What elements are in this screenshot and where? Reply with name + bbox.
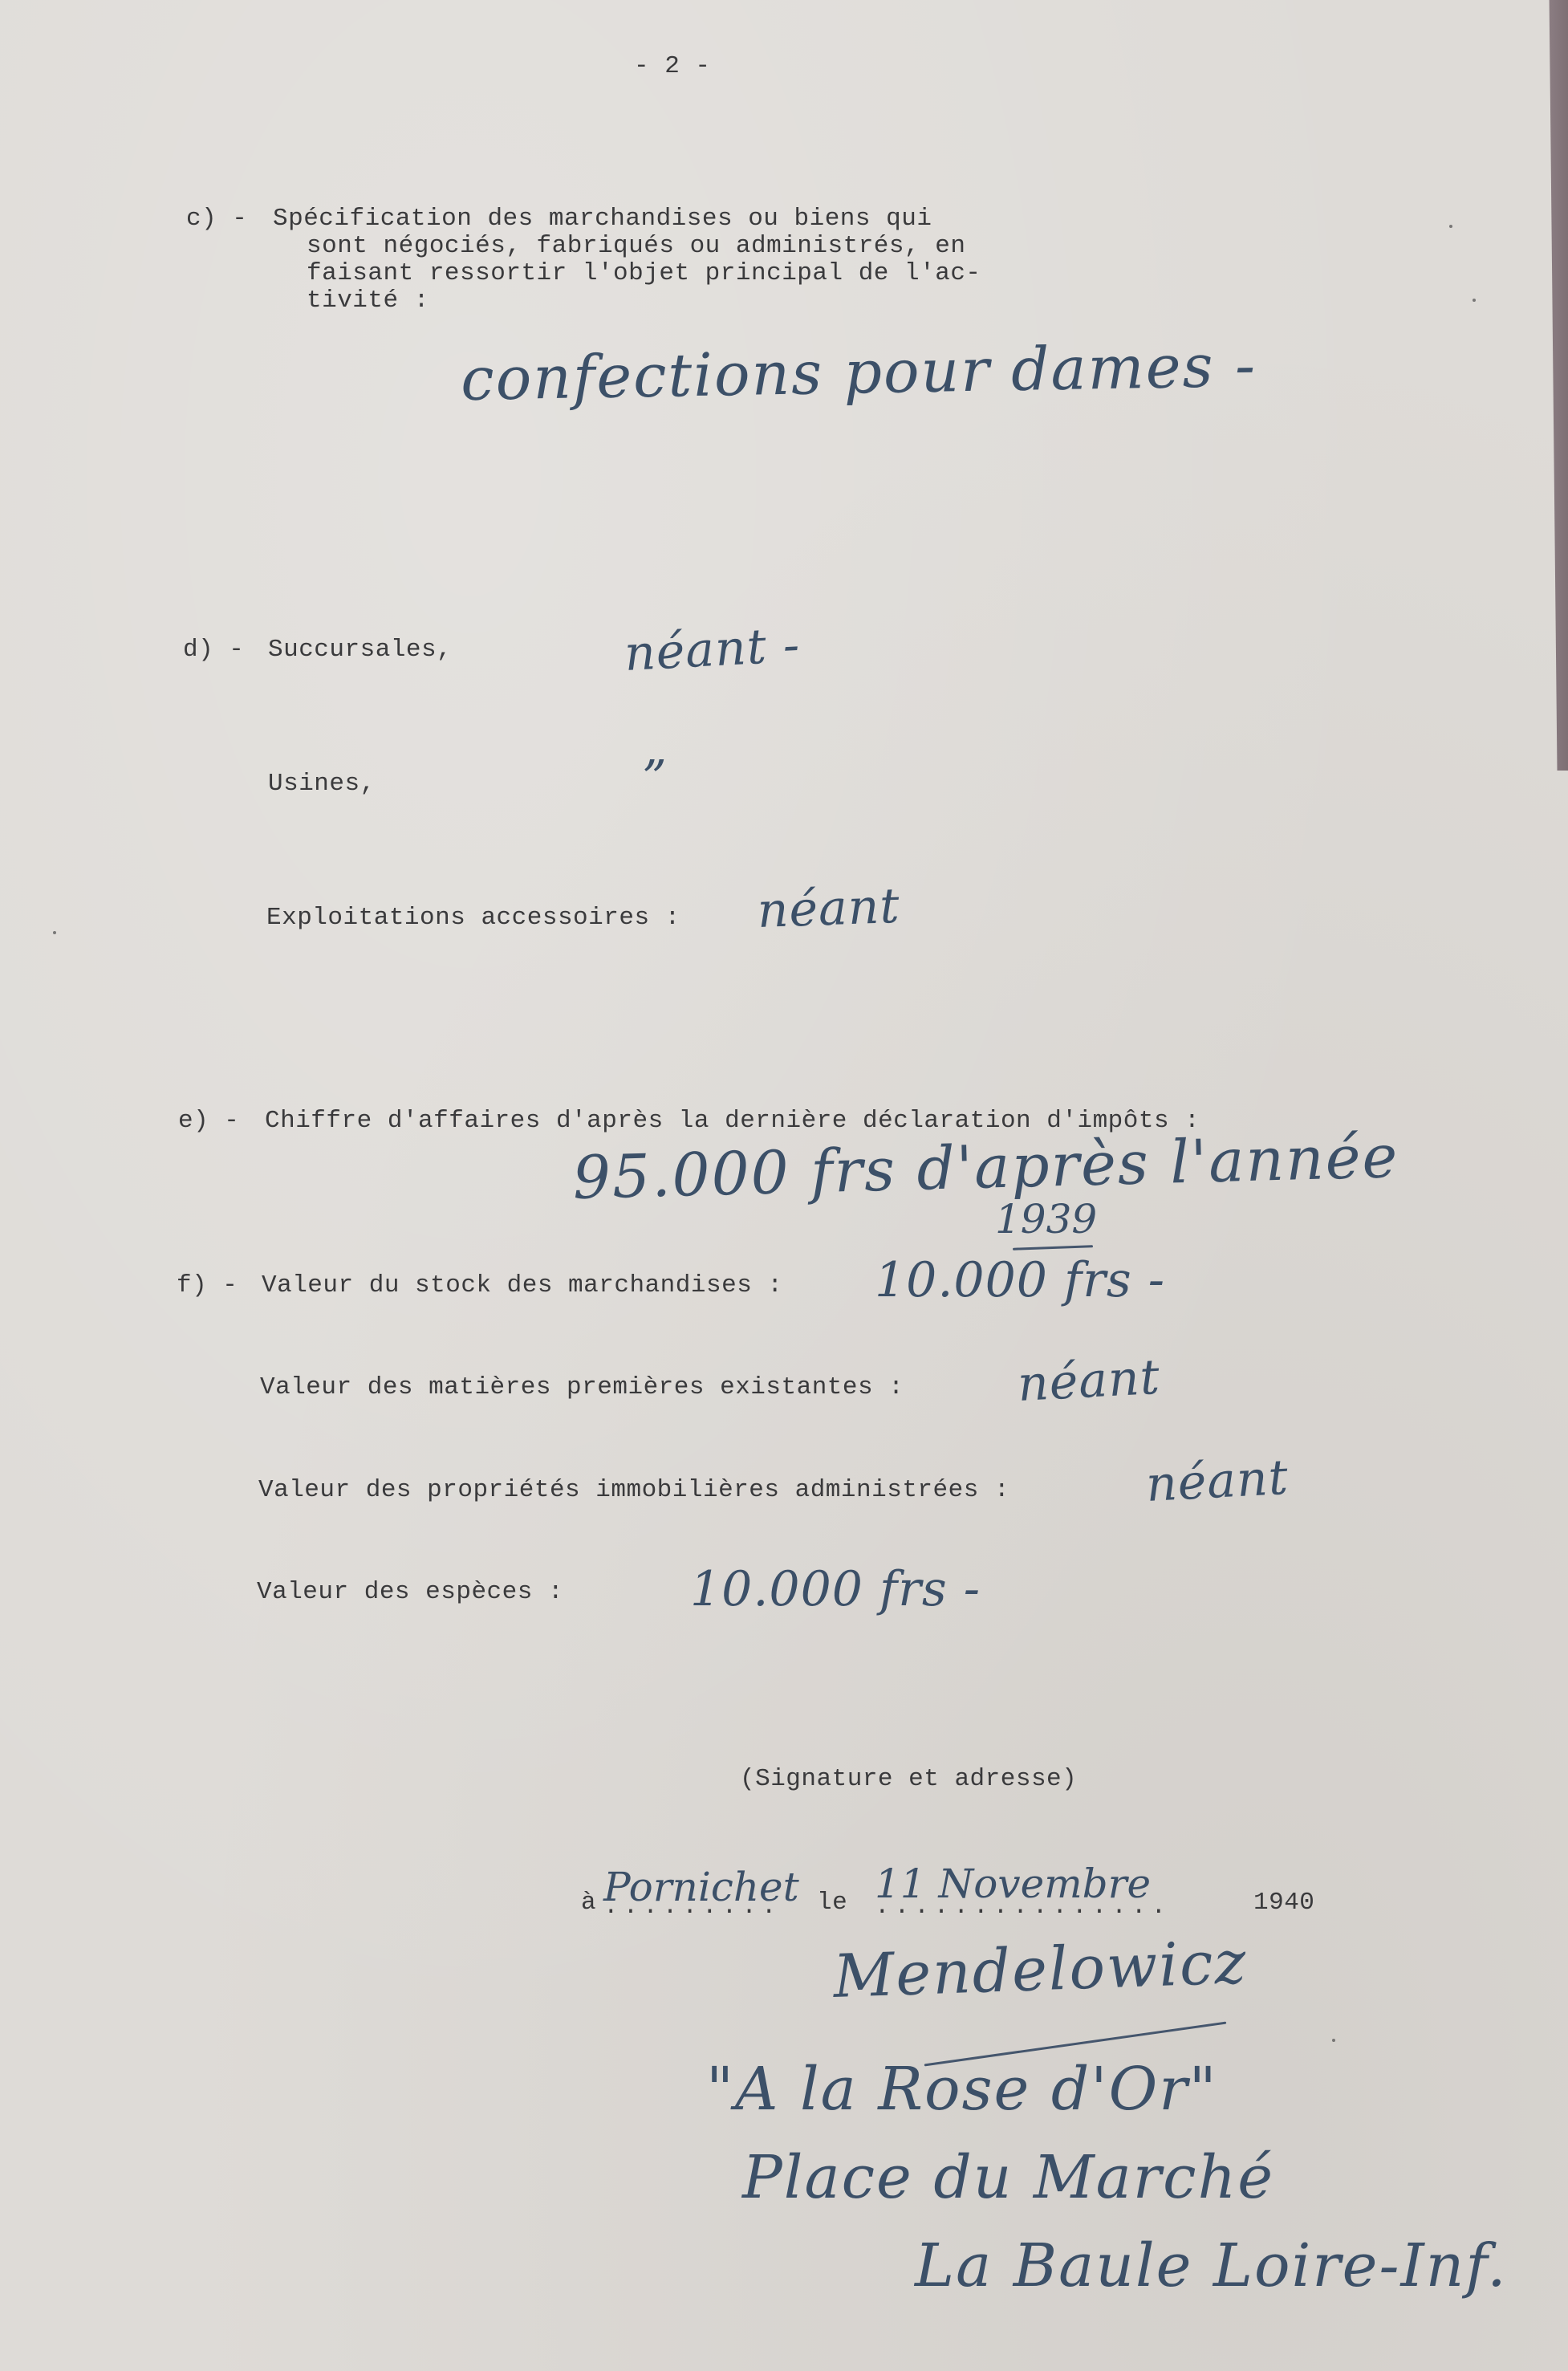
proprietes-label: Valeur des propriétés immobilières admin… [258,1477,1009,1504]
shop-name: "A la Rose d'Or" [706,2055,1218,2124]
section-c-marker: c) - [186,205,247,233]
stock-value: 10.000 frs - [875,1252,1165,1308]
year-underline [1013,1245,1093,1250]
section-e-marker: e) - [178,1108,239,1135]
especes-label: Valeur des espèces : [257,1579,563,1606]
stock-label: Valeur du stock des marchandises : [262,1272,783,1299]
signature-caption: (Signature et adresse) [740,1766,1077,1793]
signature: Mendelowicz [832,1928,1249,2011]
date-value: 11 Novembre [875,1861,1151,1907]
section-c-line-2: sont négociés, fabriqués ou administrés,… [307,233,965,260]
section-c-handwritten-answer: confections pour dames - [460,331,1257,414]
paper-speck [1449,225,1452,228]
paper-speck [53,931,56,934]
paper-speck [1332,2039,1335,2042]
section-c-line-4: tivité : [307,287,429,315]
section-c-line-1: Spécification des marchandises ou biens … [273,205,932,233]
place-prefix: à [581,1889,596,1917]
page-number: - 2 - [634,53,711,80]
date-year: 1940 [1253,1889,1314,1917]
address-line-2: La Baule Loire-Inf. [915,2231,1508,2300]
chiffre-affaires-value: 95.000 frs d'après l'année [572,1122,1400,1213]
address-line-1: Place du Marché [742,2143,1274,2212]
section-c-line-3: faisant ressortir l'objet principal de l… [307,260,981,287]
succursales-value: néant - [623,617,801,682]
exploitations-value: néant [757,878,901,939]
matieres-value: néant [1016,1349,1161,1413]
usines-label: Usines, [268,771,376,798]
place-value: Pornichet [603,1864,799,1910]
succursales-label: Succursales, [268,636,452,664]
especes-value: 10.000 frs - [690,1561,981,1617]
page-edge-shadow [1544,0,1568,771]
section-f-marker: f) - [177,1272,238,1299]
paper-speck [1473,299,1476,302]
chiffre-affaires-year: 1939 [995,1196,1097,1242]
matieres-label: Valeur des matières premières existantes… [260,1374,904,1401]
document-page: - 2 - c) - Spécification des marchandise… [0,0,1568,2371]
date-connector: le [817,1889,847,1917]
proprietes-value: néant [1144,1450,1290,1513]
section-d-marker: d) - [183,636,244,664]
exploitations-label: Exploitations accessoires : [266,905,680,932]
usines-ditto-value: ” [642,750,668,807]
